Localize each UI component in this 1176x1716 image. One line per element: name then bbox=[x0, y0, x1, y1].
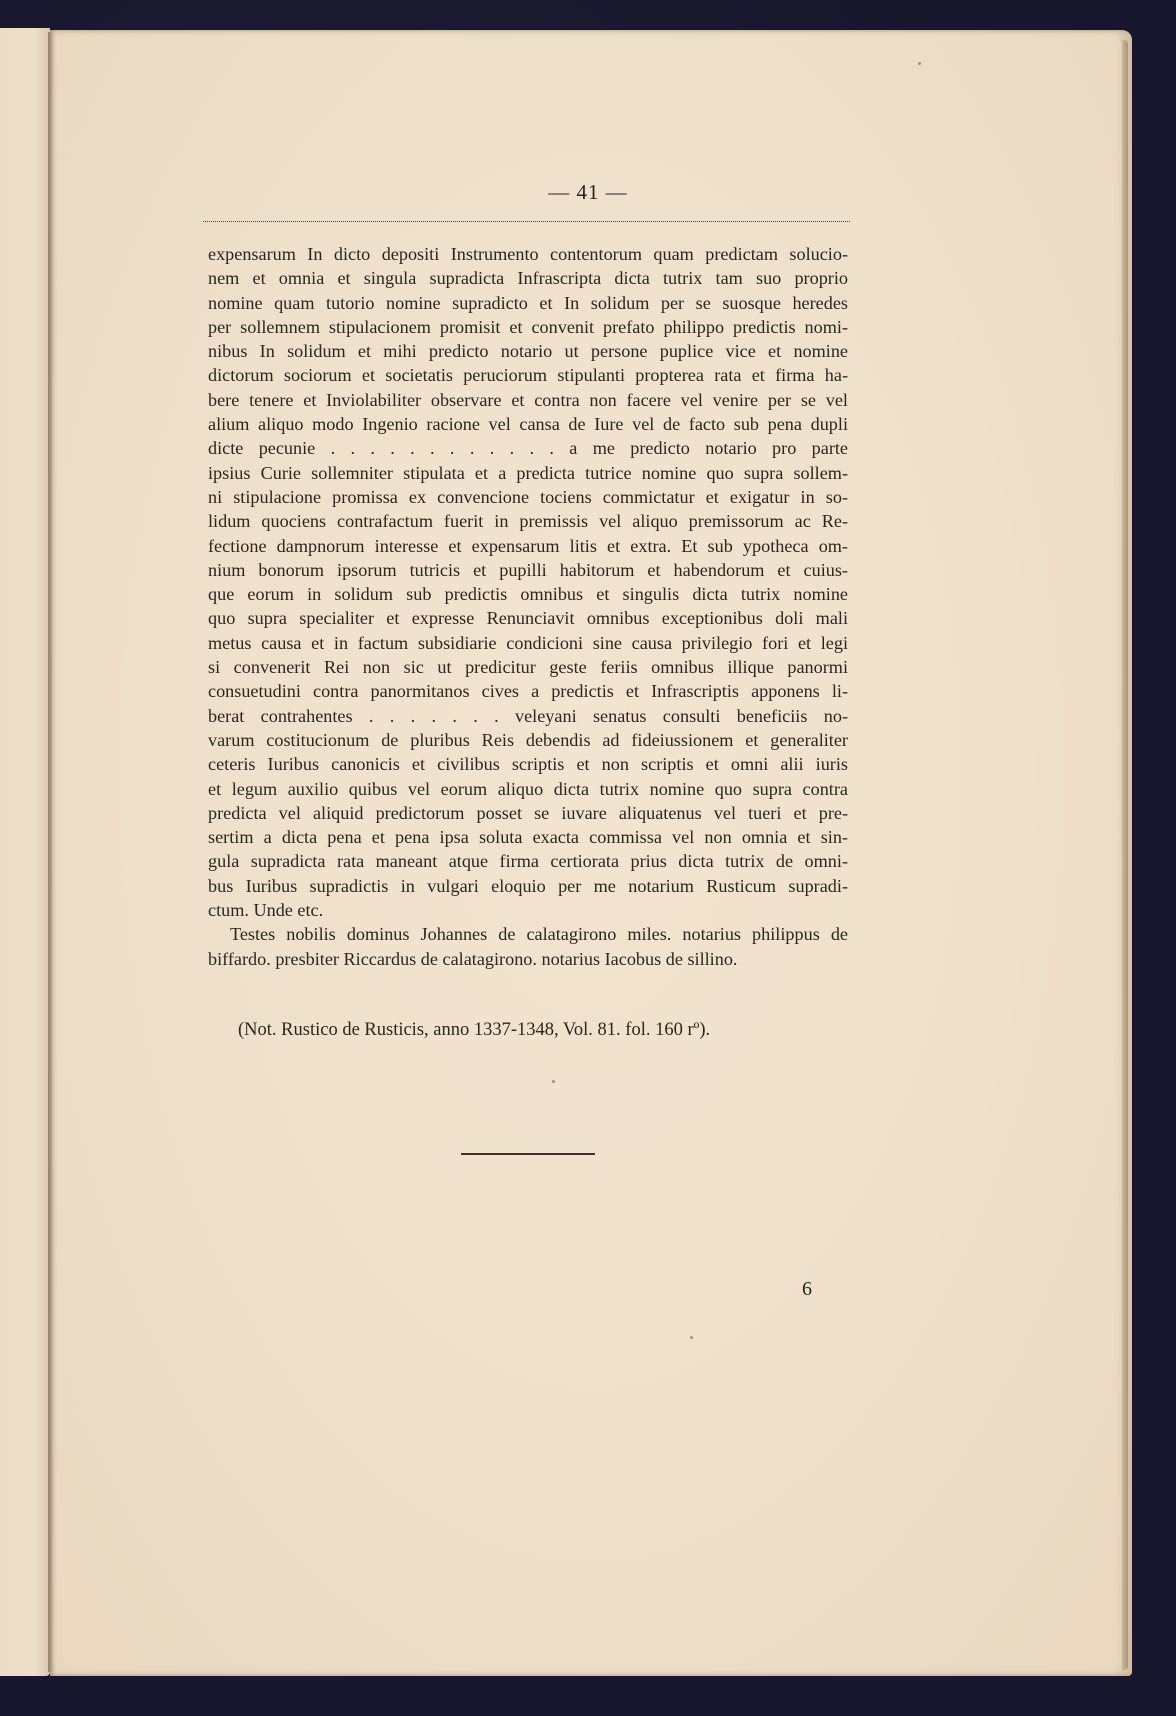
paper-speck bbox=[918, 62, 921, 65]
witnesses-line: biffardo. presbiter Riccardus de calatag… bbox=[208, 947, 848, 971]
witnesses-line: Testes nobilis dominus Johannes de calat… bbox=[208, 922, 848, 946]
signature-mark: 6 bbox=[802, 1278, 812, 1301]
text-line: nem et omnia et singula supradicta Infra… bbox=[208, 266, 848, 290]
text-line: expensarum In dicto depositi Instrumento… bbox=[208, 242, 848, 266]
page-number-header: — 41 — bbox=[0, 180, 1176, 205]
section-end-rule bbox=[461, 1153, 595, 1155]
text-line: ceteris Iuribus canonicis et civilibus s… bbox=[208, 752, 848, 776]
text-line: bere tenere et Inviolabiliter observare … bbox=[208, 388, 848, 412]
text-line: dicte pecunie . . . . . . . . . . . . a … bbox=[208, 436, 848, 460]
text-line: alium aliquo modo Ingenio racione vel ca… bbox=[208, 412, 848, 436]
paper-speck bbox=[552, 1080, 555, 1083]
text-line: nium bonorum ipsorum tutricis et pupilli… bbox=[208, 558, 848, 582]
text-line: lidum quociens contrafactum fuerit in pr… bbox=[208, 509, 848, 533]
text-line: varum costitucionum de pluribus Reis deb… bbox=[208, 728, 848, 752]
text-line: per sollemnem stipulacionem promisit et … bbox=[208, 315, 848, 339]
paper-speck bbox=[690, 1336, 693, 1339]
body-text: expensarum In dicto depositi Instrumento… bbox=[208, 242, 848, 971]
text-line: ctum. Unde etc. bbox=[208, 898, 848, 922]
text-line: consuetudini contra panormitanos cives a… bbox=[208, 679, 848, 703]
source-citation: (Not. Rustico de Rusticis, anno 1337-134… bbox=[238, 1020, 710, 1041]
text-line: gula supradicta rata maneant atque firma… bbox=[208, 849, 848, 873]
text-line: sertim a dicta pena et pena ipsa soluta … bbox=[208, 825, 848, 849]
text-line: que eorum in solidum sub predictis omnib… bbox=[208, 582, 848, 606]
text-line: fectione dampnorum interesse et expensar… bbox=[208, 534, 848, 558]
page-right-edge bbox=[1122, 40, 1128, 1670]
text-line: nibus In solidum et mihi predicto notari… bbox=[208, 339, 848, 363]
previous-page-edge bbox=[0, 28, 50, 1676]
text-line: et legum auxilio quibus vel eorum aliquo… bbox=[208, 777, 848, 801]
text-line: metus causa et in factum subsidiarie con… bbox=[208, 631, 848, 655]
binding-gutter bbox=[48, 32, 52, 1672]
text-line: ni stipulacione promissa ex convencione … bbox=[208, 485, 848, 509]
text-line: quo supra specialiter et expresse Renunc… bbox=[208, 606, 848, 630]
text-line: nomine quam tutorio nomine supradicto et… bbox=[208, 291, 848, 315]
text-line: predicta vel aliquid predictorum posset … bbox=[208, 801, 848, 825]
header-rule bbox=[203, 221, 850, 222]
text-line: berat contrahentes . . . . . . . veleyan… bbox=[208, 704, 848, 728]
text-line: si convenerit Rei non sic ut predicitur … bbox=[208, 655, 848, 679]
text-line: ipsius Curie sollemniter stipulata et a … bbox=[208, 461, 848, 485]
text-line: bus Iuribus supradictis in vulgari eloqu… bbox=[208, 874, 848, 898]
text-line: dictorum sociorum et societatis perucior… bbox=[208, 363, 848, 387]
